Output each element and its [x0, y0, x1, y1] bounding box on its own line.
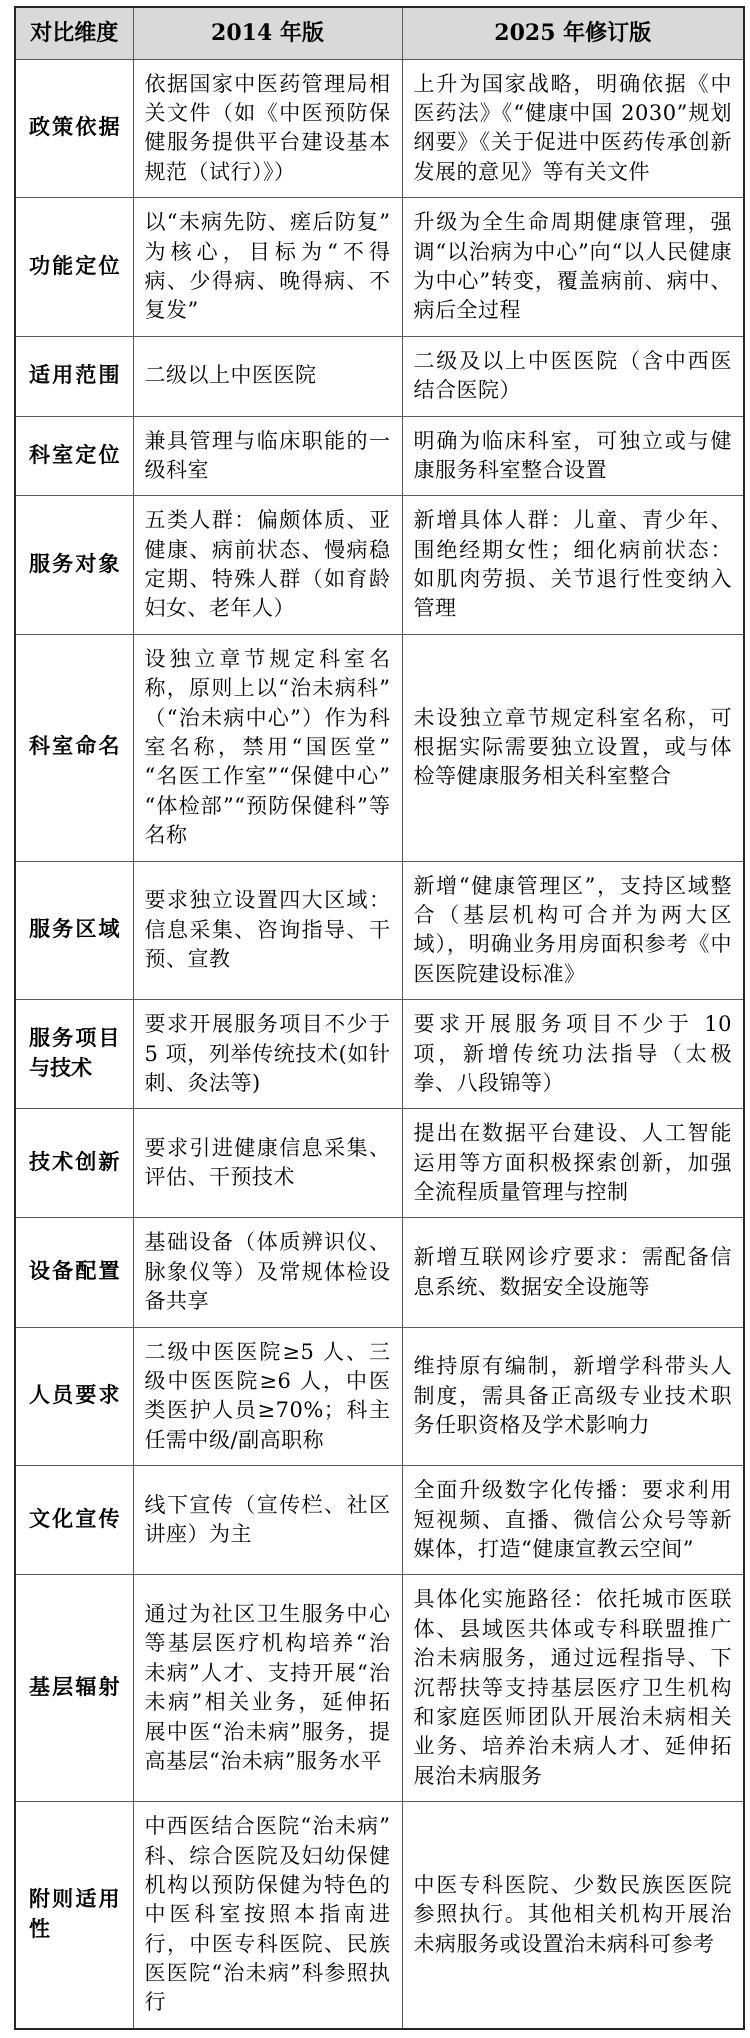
dimension-cell: 服务对象 — [15, 496, 133, 635]
cell-2014: 以“未病先防、瘥后防复”为核心，目标为“不得病、少得病、晚得病、不复发” — [133, 198, 402, 337]
table-row: 基层辐射通过为社区卫生服务中心等基层医疗机构培养“治未病”人才、支持开展“治未病… — [15, 1575, 744, 1802]
dimension-cell: 服务项目与技术 — [15, 1000, 133, 1109]
table-row: 服务项目与技术要求开展服务项目不少于 5 项，列举传统技术(如针刺、灸法等)要求… — [15, 1000, 744, 1109]
header-cell-2014: 2014 年版 — [133, 7, 402, 59]
table-row: 设备配置基础设备（体质辨识仪、脉象仪等）及常规体检设备共享新增互联网诊疗要求：需… — [15, 1218, 744, 1327]
cell-2025: 全面升级数字化传播：要求利用短视频、直播、微信公众号等新媒体，打造“健康宣教云空… — [402, 1466, 744, 1575]
dimension-cell: 技术创新 — [15, 1109, 133, 1218]
table-row: 服务对象五类人群：偏颇体质、亚健康、病前状态、慢病稳定期、特殊人群（如育龄妇女、… — [15, 496, 744, 635]
cell-2025: 升级为全生命周期健康管理，强调“以治病为中心”向“以人民健康为中心”转变，覆盖病… — [402, 198, 744, 337]
comparison-table: 对比维度 2014 年版 2025 年修订版 政策依据依据国家中医药管理局相关文… — [14, 6, 745, 2030]
table-row: 附则适用性中西医结合医院“治未病”科、综合医院及妇幼保健机构以预防保健为特色的中… — [15, 1802, 744, 2029]
dimension-cell: 政策依据 — [15, 59, 133, 198]
dimension-cell: 基层辐射 — [15, 1575, 133, 1802]
cell-2025: 二级及以上中医医院（含中西医结合医院） — [402, 336, 744, 416]
cell-2014: 兼具管理与临床职能的一级科室 — [133, 416, 402, 496]
header-cell-2025: 2025 年修订版 — [402, 7, 744, 59]
cell-2014: 二级以上中医医院 — [133, 336, 402, 416]
table-row: 人员要求二级中医医院≥5 人、三级中医医院≥6 人，中医类医护人员≥70%；科主… — [15, 1327, 744, 1466]
cell-2014: 二级中医医院≥5 人、三级中医医院≥6 人，中医类医护人员≥70%；科主任需中级… — [133, 1327, 402, 1466]
cell-2014: 依据国家中医药管理局相关文件（如《中医预防保健服务提供平台建设基本规范（试行）》… — [133, 59, 402, 198]
table-row: 功能定位以“未病先防、瘥后防复”为核心，目标为“不得病、少得病、晚得病、不复发”… — [15, 198, 744, 337]
cell-2025: 具体化实施路径：依托城市医联体、县域医共体或专科联盟推广治未病服务，通过远程指导… — [402, 1575, 744, 1802]
table-row: 科室定位兼具管理与临床职能的一级科室明确为临床科室，可独立或与健康服务科室整合设… — [15, 416, 744, 496]
cell-2014: 中西医结合医院“治未病”科、综合医院及妇幼保健机构以预防保健为特色的中医科室按照… — [133, 1802, 402, 2029]
cell-2014: 线下宣传（宣传栏、社区讲座）为主 — [133, 1466, 402, 1575]
cell-2025: 提出在数据平台建设、人工智能运用等方面积极探索创新，加强全流程质量管理与控制 — [402, 1109, 744, 1218]
dimension-cell: 科室定位 — [15, 416, 133, 496]
cell-2025: 明确为临床科室，可独立或与健康服务科室整合设置 — [402, 416, 744, 496]
table-row: 技术创新要求引进健康信息采集、评估、干预技术提出在数据平台建设、人工智能运用等方… — [15, 1109, 744, 1218]
cell-2014: 通过为社区卫生服务中心等基层医疗机构培养“治未病”人才、支持开展“治未病”相关业… — [133, 1575, 402, 1802]
dimension-cell: 设备配置 — [15, 1218, 133, 1327]
cell-2025: 要求开展服务项目不少于 10 项，新增传统功法指导（太极拳、八段锦等） — [402, 1000, 744, 1109]
cell-2025: 上升为国家战略，明确依据《中医药法》《“健康中国 2030”规划纲要》《关于促进… — [402, 59, 744, 198]
cell-2014: 设独立章节规定科室名称，原则上以“治未病科”（“治未病中心”）作为科室名称，禁用… — [133, 634, 402, 861]
cell-2025: 新增具体人群：儿童、青少年、围绝经期女性；细化病前状态：如肌肉劳损、关节退行性变… — [402, 496, 744, 635]
table-body: 政策依据依据国家中医药管理局相关文件（如《中医预防保健服务提供平台建设基本规范（… — [15, 59, 744, 2029]
document-page: 对比维度 2014 年版 2025 年修订版 政策依据依据国家中医药管理局相关文… — [0, 0, 750, 2038]
dimension-cell: 适用范围 — [15, 336, 133, 416]
cell-2014: 要求引进健康信息采集、评估、干预技术 — [133, 1109, 402, 1218]
table-row: 科室命名设独立章节规定科室名称，原则上以“治未病科”（“治未病中心”）作为科室名… — [15, 634, 744, 861]
dimension-cell: 功能定位 — [15, 198, 133, 337]
cell-2014: 要求开展服务项目不少于 5 项，列举传统技术(如针刺、灸法等) — [133, 1000, 402, 1109]
dimension-cell: 科室命名 — [15, 634, 133, 861]
cell-2025: 新增互联网诊疗要求：需配备信息系统、数据安全设施等 — [402, 1218, 744, 1327]
header-row: 对比维度 2014 年版 2025 年修订版 — [15, 7, 744, 59]
cell-2025: 未设独立章节规定科室名称，可根据实际需要独立设置，或与体检等健康服务相关科室整合 — [402, 634, 744, 861]
table-row: 服务区域要求独立设置四大区域：信息采集、咨询指导、干预、宣教新增“健康管理区”，… — [15, 861, 744, 1000]
dimension-cell: 文化宣传 — [15, 1466, 133, 1575]
cell-2025: 维持原有编制，新增学科带头人制度，需具备正高级专业技术职务任职资格及学术影响力 — [402, 1327, 744, 1466]
dimension-cell: 服务区域 — [15, 861, 133, 1000]
cell-2014: 要求独立设置四大区域：信息采集、咨询指导、干预、宣教 — [133, 861, 402, 1000]
header-cell-dimension: 对比维度 — [15, 7, 133, 59]
table-row: 文化宣传线下宣传（宣传栏、社区讲座）为主全面升级数字化传播：要求利用短视频、直播… — [15, 1466, 744, 1575]
cell-2025: 中医专科医院、少数民族医医院参照执行。其他相关机构开展治未病服务或设置治未病科可… — [402, 1802, 744, 2029]
cell-2014: 五类人群：偏颇体质、亚健康、病前状态、慢病稳定期、特殊人群（如育龄妇女、老年人） — [133, 496, 402, 635]
table-row: 适用范围二级以上中医医院二级及以上中医医院（含中西医结合医院） — [15, 336, 744, 416]
dimension-cell: 人员要求 — [15, 1327, 133, 1466]
dimension-cell: 附则适用性 — [15, 1802, 133, 2029]
cell-2025: 新增“健康管理区”，支持区域整合（基层机构可合并为两大区域），明确业务用房面积参… — [402, 861, 744, 1000]
table-row: 政策依据依据国家中医药管理局相关文件（如《中医预防保健服务提供平台建设基本规范（… — [15, 59, 744, 198]
cell-2014: 基础设备（体质辨识仪、脉象仪等）及常规体检设备共享 — [133, 1218, 402, 1327]
